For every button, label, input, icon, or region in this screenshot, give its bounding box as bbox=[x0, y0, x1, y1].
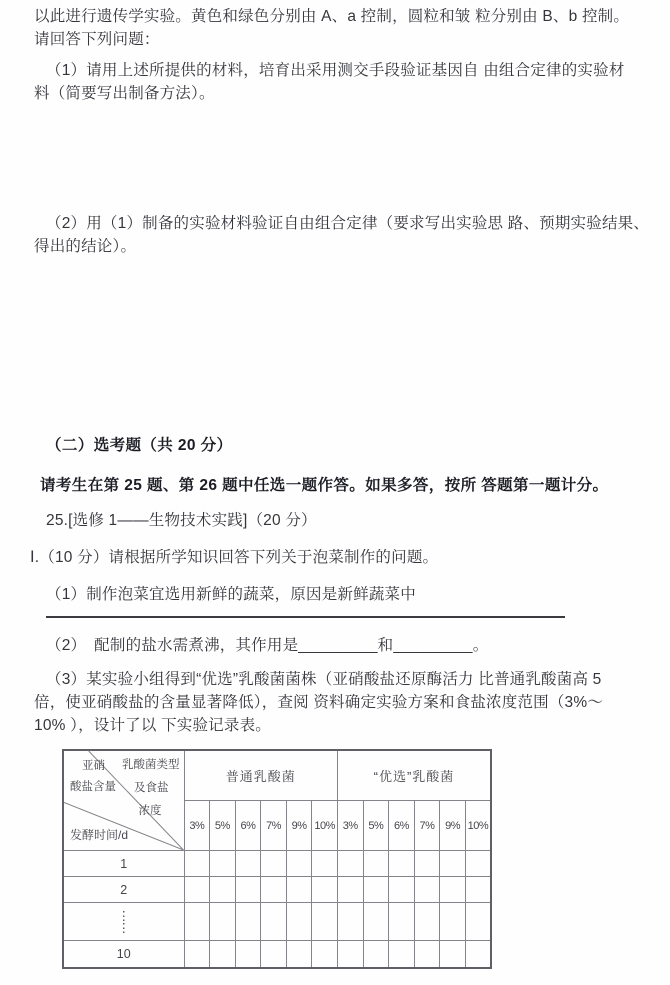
row-label-ellipsis: ⋮ ⋮ bbox=[63, 903, 184, 941]
answer-blank-line bbox=[46, 616, 565, 618]
table-row-day-10: 10 bbox=[63, 941, 491, 969]
paragraph-question-1: （1）请用上述所提供的材料，培育出采用测交手段验证基因自 由组合定律的实验材 料… bbox=[34, 59, 666, 105]
record-cell bbox=[312, 851, 338, 877]
salt-concentration-header: 5% bbox=[363, 801, 389, 851]
record-cell bbox=[389, 877, 415, 903]
record-cell bbox=[337, 903, 363, 941]
record-cell bbox=[184, 851, 210, 877]
record-cell bbox=[440, 877, 466, 903]
pickle-question-2: （2） 配制的盐水需煮沸，其作用是_________和_________。 bbox=[34, 634, 666, 657]
salt-concentration-header: 6% bbox=[235, 801, 261, 851]
salt-concentration-header: 3% bbox=[337, 801, 363, 851]
record-cell bbox=[389, 941, 415, 969]
row-label-day: 10 bbox=[63, 941, 184, 969]
salt-concentration-header: 10% bbox=[312, 801, 338, 851]
table-row-day-1: 1 bbox=[63, 851, 491, 877]
record-cell bbox=[440, 941, 466, 969]
record-cell bbox=[465, 941, 491, 969]
row-label-day: 1 bbox=[63, 851, 184, 877]
record-cell bbox=[184, 903, 210, 941]
corner-label-fermentation-time: 发酵时间/d bbox=[70, 826, 128, 843]
salt-concentration-header: 7% bbox=[414, 801, 440, 851]
record-cell bbox=[312, 903, 338, 941]
corner-label-type-line2: 及食盐 bbox=[122, 777, 169, 800]
record-cell bbox=[210, 941, 236, 969]
record-cell bbox=[414, 941, 440, 969]
record-cell bbox=[261, 851, 287, 877]
record-cell bbox=[337, 877, 363, 903]
record-cell bbox=[465, 903, 491, 941]
record-cell bbox=[235, 851, 261, 877]
record-cell bbox=[465, 877, 491, 903]
row-label-day: 2 bbox=[63, 877, 184, 903]
record-cell bbox=[440, 851, 466, 877]
table-corner-header-cell: 亚硝 酸盐含量 乳酸菌类型 及食盐 浓度 发酵时间/d bbox=[63, 750, 184, 851]
part-one-title: Ⅰ.（10 分）请根据所学知识回答下列关于泡菜制作的问题。 bbox=[30, 546, 662, 569]
group-header-ordinary-lactobacillus: 普通乳酸菌 bbox=[184, 750, 337, 801]
record-cell bbox=[210, 877, 236, 903]
paragraph-genetics-intro: 以此进行遗传学实验。黄色和绿色分别由 A、a 控制，圆粒和皱 粒分别由 B、b … bbox=[34, 5, 666, 51]
record-cell bbox=[337, 851, 363, 877]
question-25-title: 25.[选修 1——生物技术实践]（20 分） bbox=[34, 509, 666, 532]
record-cell bbox=[286, 941, 312, 969]
candidate-instruction-note: 请考生在第 25 题、第 26 题中任选一题作答。如果多答，按所 答题第一题计分… bbox=[40, 474, 670, 497]
section-heading-elective: （二）选考题（共 20 分） bbox=[34, 434, 666, 457]
group-header-selected-lactobacillus: “优选”乳酸菌 bbox=[337, 750, 491, 801]
record-cell bbox=[363, 903, 389, 941]
salt-concentration-header: 6% bbox=[389, 801, 415, 851]
record-cell bbox=[312, 877, 338, 903]
table-row-ellipsis: ⋮ ⋮ bbox=[63, 903, 491, 941]
record-cell bbox=[363, 851, 389, 877]
salt-concentration-header: 9% bbox=[286, 801, 312, 851]
record-cell bbox=[363, 941, 389, 969]
record-cell bbox=[414, 877, 440, 903]
record-cell bbox=[337, 941, 363, 969]
record-cell bbox=[210, 903, 236, 941]
record-cell bbox=[261, 903, 287, 941]
record-cell bbox=[286, 903, 312, 941]
salt-concentration-header: 9% bbox=[440, 801, 466, 851]
corner-label-type-line3: 浓度 bbox=[122, 800, 162, 823]
record-cell bbox=[261, 877, 287, 903]
record-cell bbox=[184, 941, 210, 969]
corner-label-nitrite-content: 亚硝 酸盐含量 bbox=[70, 756, 116, 798]
pickle-question-1: （1）制作泡菜宜选用新鲜的蔬菜，原因是新鲜蔬菜中 bbox=[34, 583, 666, 606]
paragraph-question-2: （2）用（1）制备的实验材料验证自由组合定律（要求写出实验思 路、预期实验结果、… bbox=[34, 212, 666, 258]
record-cell bbox=[235, 941, 261, 969]
salt-concentration-header: 3% bbox=[184, 801, 210, 851]
record-cell bbox=[465, 851, 491, 877]
corner-label-nitrite-line2: 酸盐含量 bbox=[70, 777, 116, 798]
record-cell bbox=[210, 851, 236, 877]
exam-document-page: 以此进行遗传学实验。黄色和绿色分别由 A、a 控制，圆粒和皱 粒分别由 B、b … bbox=[0, 0, 670, 985]
record-cell bbox=[414, 851, 440, 877]
record-cell bbox=[312, 941, 338, 969]
record-cell bbox=[235, 903, 261, 941]
record-cell bbox=[261, 941, 287, 969]
experiment-record-table: 亚硝 酸盐含量 乳酸菌类型 及食盐 浓度 发酵时间/d 普通乳酸菌 “优选”乳酸… bbox=[62, 749, 492, 969]
table-row-day-2: 2 bbox=[63, 877, 491, 903]
record-cell bbox=[363, 877, 389, 903]
record-cell bbox=[389, 851, 415, 877]
salt-concentration-header: 7% bbox=[261, 801, 287, 851]
record-cell bbox=[235, 877, 261, 903]
record-cell bbox=[414, 903, 440, 941]
record-cell bbox=[286, 877, 312, 903]
corner-label-nitrite-line1: 亚硝 bbox=[82, 756, 116, 777]
corner-label-bacteria-type-salt: 乳酸菌类型 及食盐 浓度 bbox=[122, 754, 180, 823]
corner-label-type-line1: 乳酸菌类型 bbox=[122, 754, 180, 777]
pickle-question-3: （3）某实验小组得到“优选”乳酸菌菌株（亚硝酸盐还原酶活力 比普通乳酸菌高 5 … bbox=[34, 668, 666, 737]
record-cell bbox=[184, 877, 210, 903]
salt-concentration-header: 5% bbox=[210, 801, 236, 851]
record-cell bbox=[440, 903, 466, 941]
record-cell bbox=[389, 903, 415, 941]
salt-concentration-header: 10% bbox=[465, 801, 491, 851]
record-cell bbox=[286, 851, 312, 877]
